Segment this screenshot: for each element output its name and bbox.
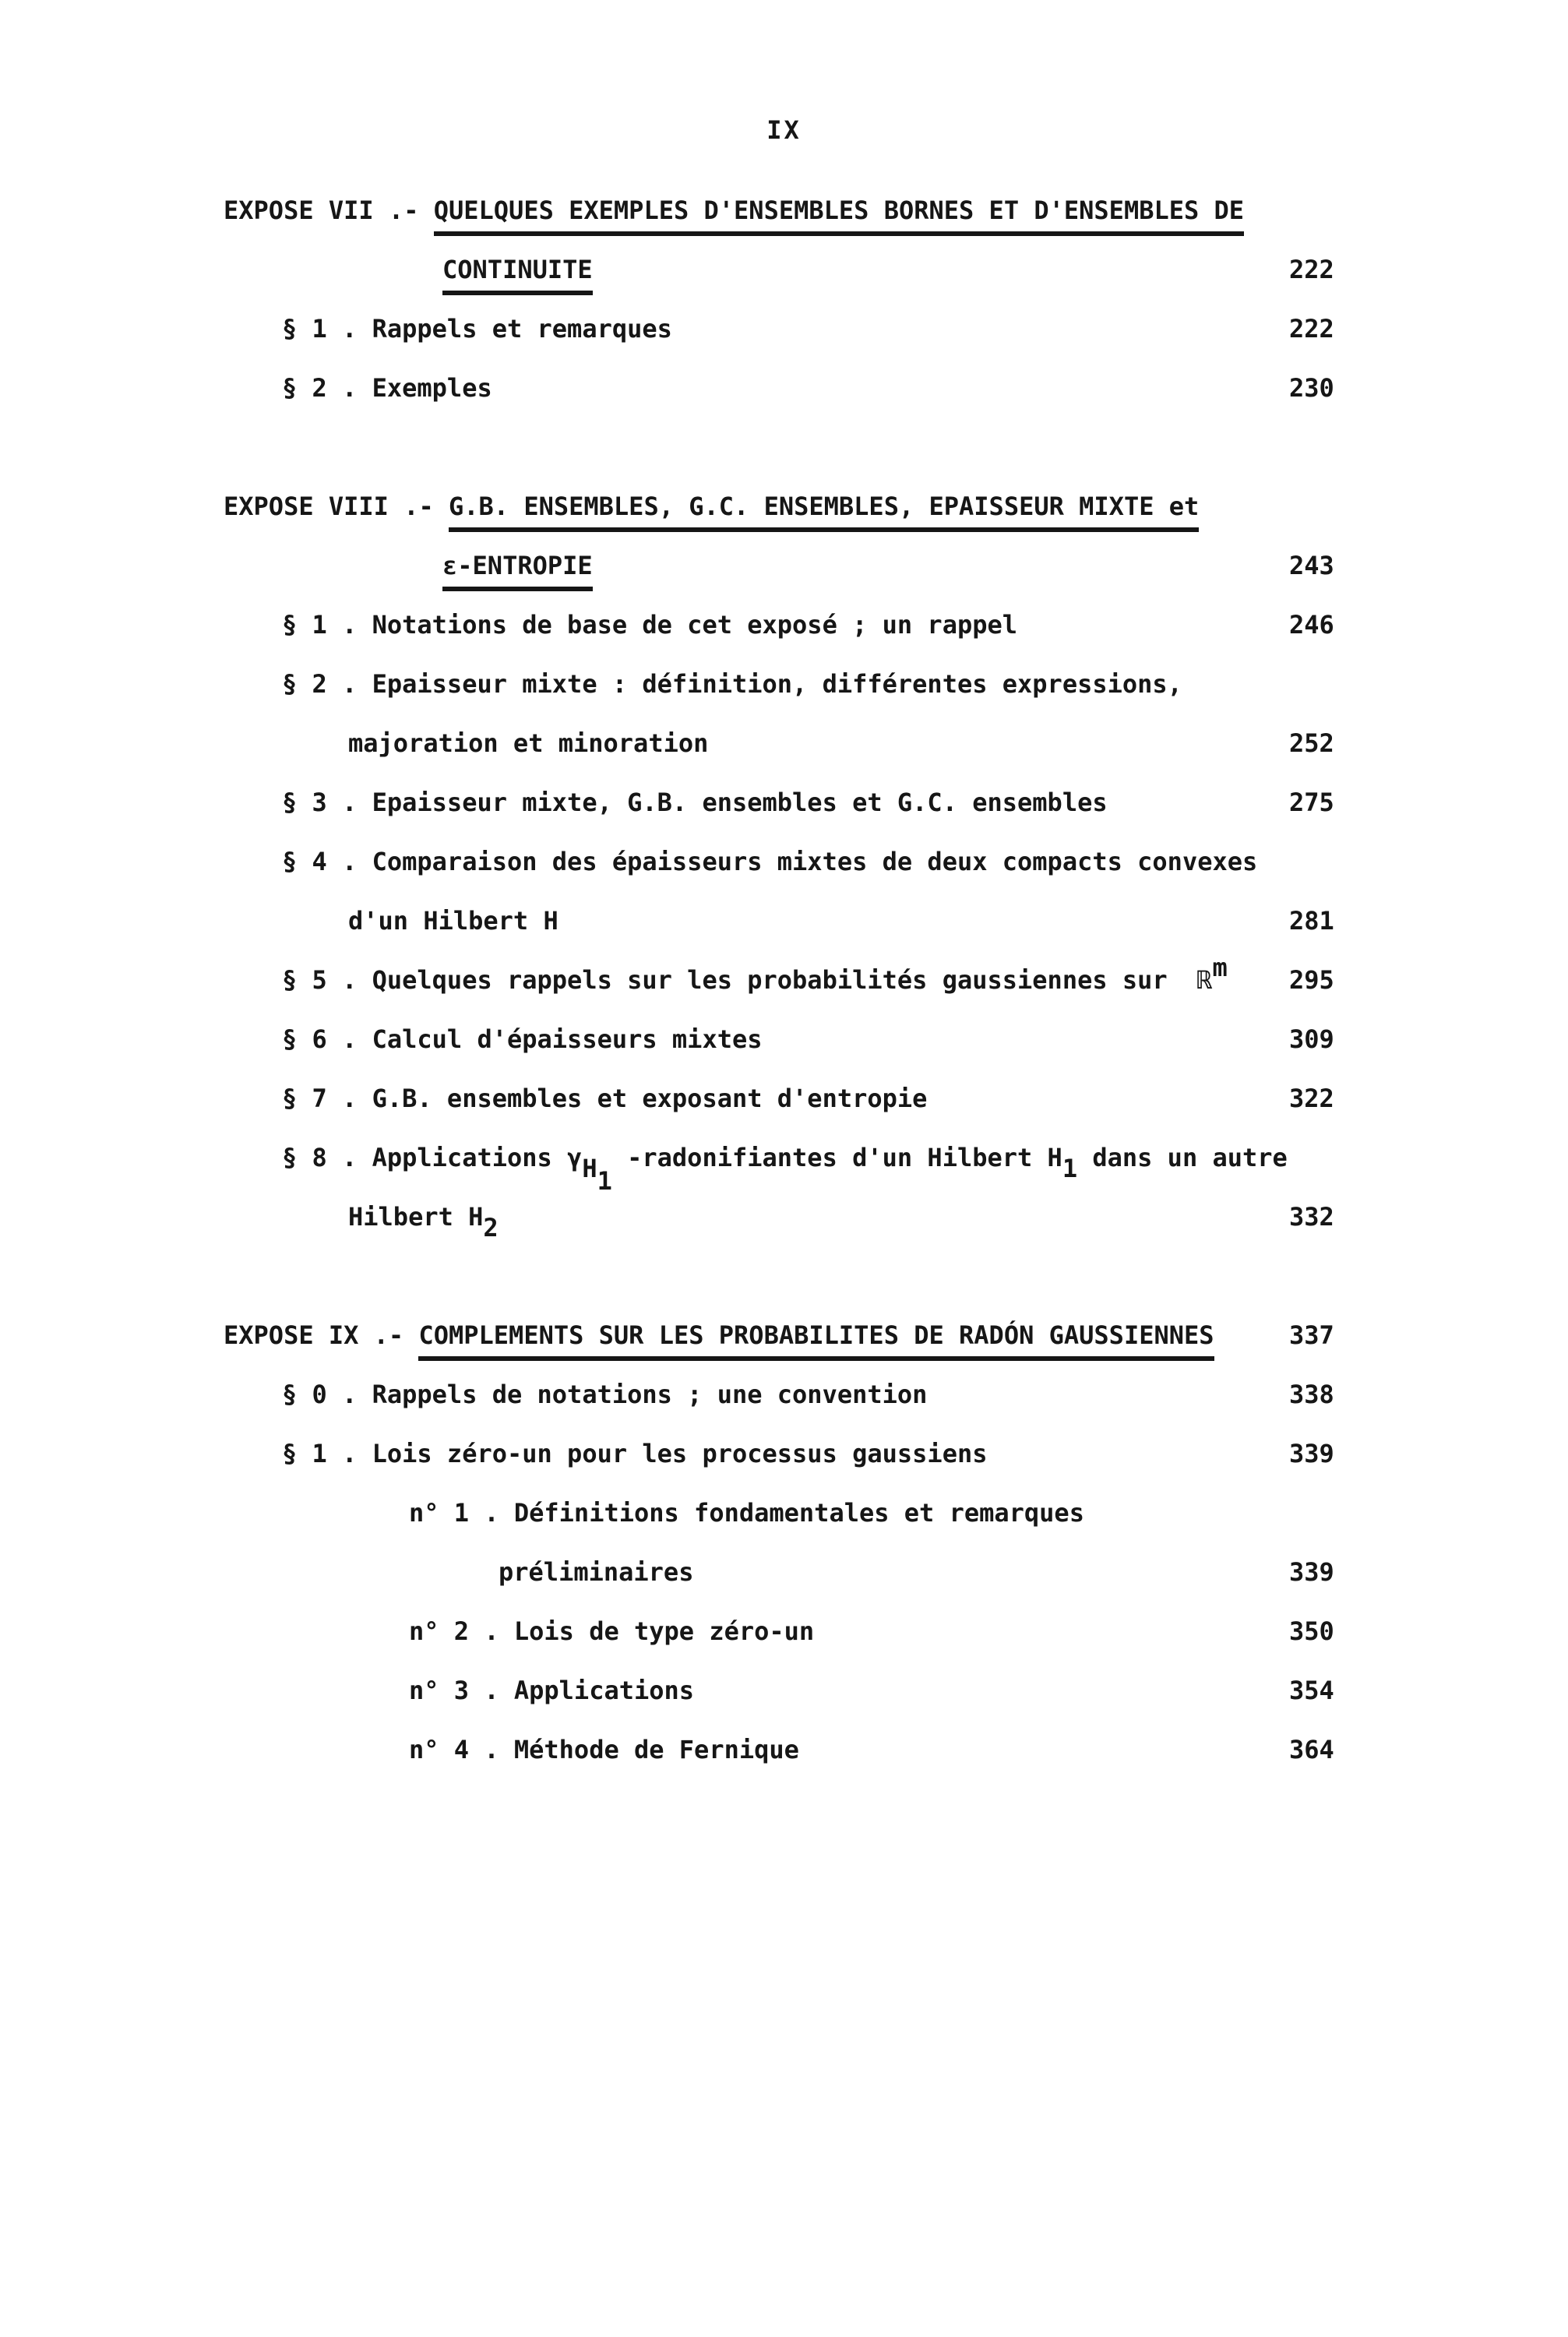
- text-segment: EXPOSE VIII .-: [224, 492, 449, 521]
- toc-row: § 2 . Exemples230: [0, 358, 1568, 418]
- text-segment: § 5 . Quelques rappels sur les probabili…: [282, 965, 1197, 995]
- toc-spacer: [0, 1246, 1568, 1306]
- page-number: 243: [1289, 536, 1334, 595]
- page-number: 252: [1289, 714, 1334, 773]
- text-segment: H: [468, 1202, 483, 1232]
- toc-entry-text: § 2 . Exemples: [282, 373, 492, 403]
- toc-entry-text: préliminaires: [499, 1557, 693, 1587]
- toc-entry-text: ε-ENTROPIE: [442, 551, 593, 591]
- page-number: 230: [1289, 358, 1334, 418]
- toc-row: majoration et minoration252: [0, 714, 1568, 773]
- toc-row: CONTINUITE222: [0, 240, 1568, 299]
- toc-row: EXPOSE IX .- COMPLEMENTS SUR LES PROBABI…: [0, 1306, 1568, 1365]
- toc-entry-text: d'un Hilbert H: [348, 906, 558, 936]
- page-roman-numeral: IX: [0, 115, 1568, 145]
- text-segment: § 8 . Applications: [282, 1143, 567, 1172]
- text-segment: -radonifiantes d'un Hilbert: [612, 1143, 1048, 1172]
- toc-row: n° 4 . Méthode de Fernique364: [0, 1720, 1568, 1779]
- text-segment: § 3 . Epaisseur mixte, G.B. ensembles et…: [282, 788, 1108, 817]
- page-number: 337: [1289, 1306, 1334, 1365]
- text-segment: n° 4 . Méthode de Fernique: [409, 1735, 799, 1764]
- text-segment: dans un autre: [1077, 1143, 1288, 1172]
- toc-entry-text: § 1 . Lois zéro-un pour les processus ga…: [282, 1439, 987, 1468]
- page-number: 222: [1289, 240, 1334, 299]
- toc-row: préliminaires339: [0, 1542, 1568, 1602]
- toc-entry-text: EXPOSE VIII .- G.B. ENSEMBLES, G.C. ENSE…: [224, 492, 1199, 532]
- text-segment: γ: [567, 1143, 582, 1172]
- toc-row: ε-ENTROPIE243: [0, 536, 1568, 595]
- toc-entry-text: § 4 . Comparaison des épaisseurs mixtes …: [282, 847, 1257, 876]
- toc-row: § 0 . Rappels de notations ; une convent…: [0, 1365, 1568, 1424]
- toc-row: § 1 . Lois zéro-un pour les processus ga…: [0, 1424, 1568, 1483]
- underlined-title: G.B. ENSEMBLES, G.C. ENSEMBLES, EPAISSEU…: [449, 492, 1199, 532]
- document-page: IX EXPOSE VII .- QUELQUES EXEMPLES D'ENS…: [0, 0, 1568, 2337]
- toc-row: § 6 . Calcul d'épaisseurs mixtes309: [0, 1010, 1568, 1069]
- toc-entry-text: EXPOSE IX .- COMPLEMENTS SUR LES PROBABI…: [224, 1320, 1214, 1361]
- text-segment: § 2 . Exemples: [282, 373, 492, 403]
- toc-row: n° 3 . Applications354: [0, 1661, 1568, 1720]
- toc-entry-text: EXPOSE VII .- QUELQUES EXEMPLES D'ENSEMB…: [224, 196, 1244, 236]
- page-number: 332: [1289, 1187, 1334, 1246]
- toc-spacer: [0, 418, 1568, 477]
- underlined-title: CONTINUITE: [442, 255, 593, 295]
- text-segment: § 1 . Lois zéro-un pour les processus ga…: [282, 1439, 987, 1468]
- toc-entry-text: majoration et minoration: [348, 728, 708, 758]
- toc-entry-text: n° 2 . Lois de type zéro-un: [409, 1616, 814, 1646]
- text-segment: Hilbert: [348, 1202, 468, 1232]
- toc-entry-text: § 7 . G.B. ensembles et exposant d'entro…: [282, 1084, 927, 1113]
- table-of-contents: EXPOSE VII .- QUELQUES EXEMPLES D'ENSEMB…: [0, 181, 1568, 1779]
- toc-row: § 1 . Rappels et remarques222: [0, 299, 1568, 358]
- text-segment: § 1 . Notations de base de cet exposé ; …: [282, 610, 1017, 640]
- page-number: 339: [1289, 1542, 1334, 1602]
- page-number: 339: [1289, 1424, 1334, 1483]
- text-segment: § 6 . Calcul d'épaisseurs mixtes: [282, 1024, 763, 1054]
- toc-entry-text: Hilbert H2: [348, 1202, 499, 1243]
- toc-entry-text: § 3 . Epaisseur mixte, G.B. ensembles et…: [282, 788, 1108, 817]
- text-segment: H: [582, 1154, 597, 1183]
- text-segment: m: [1212, 953, 1227, 982]
- toc-row: EXPOSE VII .- QUELQUES EXEMPLES D'ENSEMB…: [0, 181, 1568, 240]
- toc-row: § 7 . G.B. ensembles et exposant d'entro…: [0, 1069, 1568, 1128]
- toc-entry-text: § 0 . Rappels de notations ; une convent…: [282, 1380, 927, 1409]
- toc-row: § 4 . Comparaison des épaisseurs mixtes …: [0, 832, 1568, 891]
- page-number: 338: [1289, 1365, 1334, 1424]
- page-number: 309: [1289, 1010, 1334, 1069]
- text-segment: § 0 . Rappels de notations ; une convent…: [282, 1380, 927, 1409]
- page-number: 275: [1289, 773, 1334, 832]
- toc-entry-text: § 1 . Rappels et remarques: [282, 314, 672, 344]
- text-segment: EXPOSE VII .-: [224, 196, 434, 225]
- text-segment: n° 3 . Applications: [409, 1676, 694, 1705]
- toc-entry-text: § 1 . Notations de base de cet exposé ; …: [282, 610, 1017, 640]
- toc-row: d'un Hilbert H281: [0, 891, 1568, 950]
- toc-row: EXPOSE VIII .- G.B. ENSEMBLES, G.C. ENSE…: [0, 477, 1568, 536]
- text-segment: n° 1 . Définitions fondamentales et rema…: [409, 1498, 1084, 1528]
- toc-row: n° 1 . Définitions fondamentales et rema…: [0, 1483, 1568, 1542]
- toc-entry-text: § 5 . Quelques rappels sur les probabili…: [282, 953, 1228, 995]
- page-number: 295: [1289, 950, 1334, 1010]
- text-segment: § 4 . Comparaison des épaisseurs mixtes …: [282, 847, 1257, 876]
- underlined-title: ε-ENTROPIE: [442, 551, 593, 591]
- toc-row: Hilbert H2332: [0, 1187, 1568, 1246]
- underlined-title: QUELQUES EXEMPLES D'ENSEMBLES BORNES ET …: [434, 196, 1244, 236]
- toc-entry-text: n° 4 . Méthode de Fernique: [409, 1735, 799, 1764]
- text-segment: n° 2 . Lois de type zéro-un: [409, 1616, 814, 1646]
- toc-rows: EXPOSE VII .- QUELQUES EXEMPLES D'ENSEMB…: [0, 181, 1568, 1779]
- text-segment: § 1 . Rappels et remarques: [282, 314, 672, 344]
- toc-row: § 8 . Applications γH1 -radonifiantes d'…: [0, 1128, 1568, 1187]
- toc-row: § 1 . Notations de base de cet exposé ; …: [0, 595, 1568, 654]
- text-segment: majoration et minoration: [348, 728, 708, 758]
- text-segment: § 7 . G.B. ensembles et exposant d'entro…: [282, 1084, 927, 1113]
- text-segment: H: [1048, 1143, 1062, 1172]
- toc-row: § 3 . Epaisseur mixte, G.B. ensembles et…: [0, 773, 1568, 832]
- toc-row: § 5 . Quelques rappels sur les probabili…: [0, 950, 1568, 1010]
- text-segment: ℝ: [1197, 965, 1212, 995]
- toc-entry-text: n° 1 . Définitions fondamentales et rema…: [409, 1498, 1084, 1528]
- underlined-title: COMPLEMENTS SUR LES PROBABILITES DE RADÓ…: [418, 1320, 1214, 1361]
- toc-entry-text: CONTINUITE: [442, 255, 593, 295]
- page-number: 364: [1289, 1720, 1334, 1779]
- text-segment: § 2 . Epaisseur mixte : définition, diff…: [282, 669, 1182, 699]
- toc-entry-text: § 6 . Calcul d'épaisseurs mixtes: [282, 1024, 763, 1054]
- page-number: 222: [1289, 299, 1334, 358]
- text-segment: 2: [483, 1213, 498, 1243]
- toc-row: § 2 . Epaisseur mixte : définition, diff…: [0, 654, 1568, 714]
- text-segment: d'un Hilbert H: [348, 906, 558, 936]
- page-number: 354: [1289, 1661, 1334, 1720]
- text-segment: 1: [1062, 1154, 1077, 1183]
- toc-entry-text: n° 3 . Applications: [409, 1676, 694, 1705]
- text-segment: préliminaires: [499, 1557, 693, 1587]
- page-number: 322: [1289, 1069, 1334, 1128]
- page-number: 281: [1289, 891, 1334, 950]
- text-segment: EXPOSE IX .-: [224, 1320, 418, 1350]
- toc-entry-text: § 2 . Epaisseur mixte : définition, diff…: [282, 669, 1182, 699]
- toc-row: n° 2 . Lois de type zéro-un350: [0, 1602, 1568, 1661]
- page-number: 246: [1289, 595, 1334, 654]
- page-number: 350: [1289, 1602, 1334, 1661]
